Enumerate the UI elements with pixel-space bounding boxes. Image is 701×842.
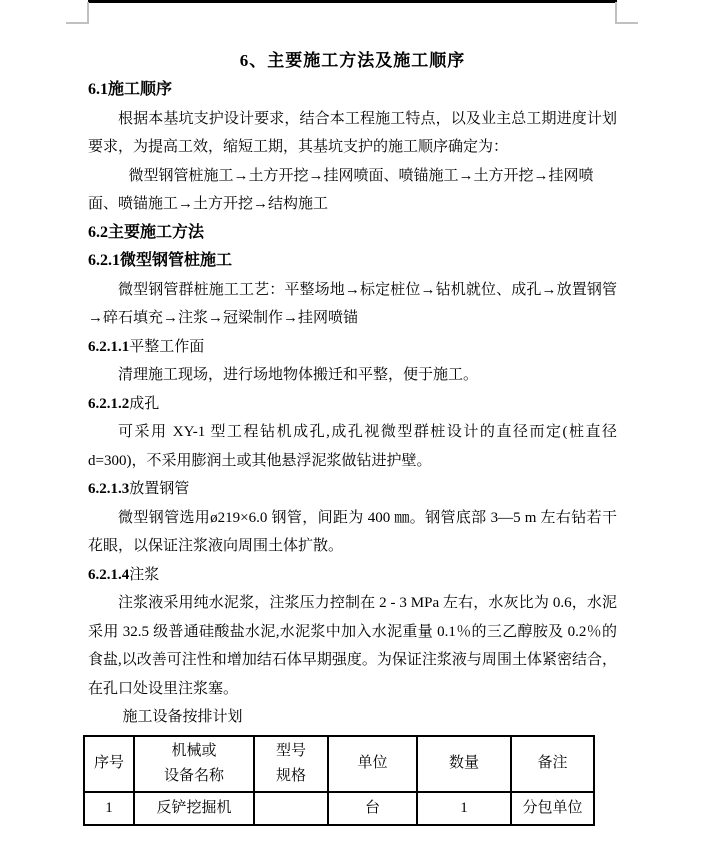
cell-quantity: 1 <box>417 792 511 825</box>
paragraph-6-1-sequence: 微型钢管桩施工→土方开挖→挂网喷面、喷锚施工→土方开挖→挂网喷面、喷锚施工→土方… <box>88 162 617 219</box>
margin-mark-right-vertical <box>615 2 617 23</box>
heading-6-2-1-1: 6.2.1.1平整工作面 <box>88 333 617 362</box>
heading-number: 6.2.1.3 <box>88 481 129 497</box>
cell-machine-name: 反铲挖掘机 <box>134 792 254 825</box>
heading-6-2-1-4: 6.2.1.4注浆 <box>88 561 617 590</box>
header-border-line <box>88 0 617 3</box>
page-title: 6、主要施工方法及施工顺序 <box>88 46 617 76</box>
column-header-unit: 单位 <box>328 736 417 792</box>
document-body: 6、主要施工方法及施工顺序 6.1施工顺序 根据本基坑支护设计要求，结合本工程施… <box>88 46 617 826</box>
heading-number: 6.2.1.2 <box>88 396 129 412</box>
margin-mark-left-horizontal <box>66 22 89 24</box>
header-line: 设备名称 <box>135 764 253 789</box>
margin-mark-right-horizontal <box>615 22 638 24</box>
heading-6-1: 6.1施工顺序 <box>88 76 617 105</box>
cell-remark: 分包单位 <box>511 792 594 825</box>
cell-unit: 台 <box>328 792 417 825</box>
column-header-remark: 备注 <box>511 736 594 792</box>
cell-no: 1 <box>84 792 134 825</box>
paragraph-6-2-1-3: 微型钢管选用ø219×6.0 钢管，间距为 400 ㎜。钢管底部 3—5 m 左… <box>88 504 617 561</box>
equipment-table-caption: 施工设备按排计划 <box>88 703 617 732</box>
paragraph-6-2-1-2: 可采用 XY-1 型工程钻机成孔,成孔视微型群桩设计的直径而定(桩直径 d=30… <box>88 418 617 475</box>
heading-text: 平整工作面 <box>129 339 204 355</box>
header-line: 规格 <box>255 764 327 789</box>
heading-6-2-1-2: 6.2.1.2成孔 <box>88 390 617 419</box>
header-line: 数量 <box>418 751 510 776</box>
heading-text: 放置钢管 <box>129 481 189 497</box>
header-line: 机械或 <box>135 739 253 764</box>
heading-6-2-1-3: 6.2.1.3放置钢管 <box>88 475 617 504</box>
header-line: 备注 <box>512 751 593 776</box>
margin-mark-left-vertical <box>87 2 89 23</box>
heading-text: 成孔 <box>129 396 159 412</box>
heading-number: 6.2.1.1 <box>88 339 129 355</box>
column-header-machine-name: 机械或设备名称 <box>134 736 254 792</box>
paragraph-6-2-1-1: 清理施工现场，进行场地物体搬迁和平整，便于施工。 <box>88 361 617 390</box>
equipment-table: 序号 机械或设备名称 型号规格 单位 数量 备注 1 反铲挖掘机 台 1 分包单… <box>83 735 595 826</box>
paragraph-6-2-1-4: 注浆液采用纯水泥浆，注浆压力控制在 2 - 3 MPa 左右，水灰比为 0.6，… <box>88 589 617 703</box>
heading-6-2: 6.2主要施工方法 <box>88 219 617 248</box>
column-header-model-spec: 型号规格 <box>254 736 328 792</box>
table-header-row: 序号 机械或设备名称 型号规格 单位 数量 备注 <box>84 736 594 792</box>
heading-6-2-1: 6.2.1微型钢管桩施工 <box>88 247 617 276</box>
column-header-quantity: 数量 <box>417 736 511 792</box>
document-page: 6、主要施工方法及施工顺序 6.1施工顺序 根据本基坑支护设计要求，结合本工程施… <box>0 0 701 842</box>
table-row: 1 反铲挖掘机 台 1 分包单位 <box>84 792 594 825</box>
paragraph-6-1-intro: 根据本基坑支护设计要求，结合本工程施工特点，以及业主总工期进度计划要求，为提高工… <box>88 105 617 162</box>
header-line: 单位 <box>329 751 416 776</box>
paragraph-6-2-1-process: 微型钢管群桩施工工艺：平整场地→标定桩位→钻机就位、成孔→放置钢管→碎石填充→注… <box>88 276 617 333</box>
heading-number: 6.2.1.4 <box>88 567 129 583</box>
heading-text: 注浆 <box>129 567 159 583</box>
header-line: 型号 <box>255 739 327 764</box>
column-header-no: 序号 <box>84 736 134 792</box>
cell-model-spec <box>254 792 328 825</box>
header-line: 序号 <box>85 751 133 776</box>
